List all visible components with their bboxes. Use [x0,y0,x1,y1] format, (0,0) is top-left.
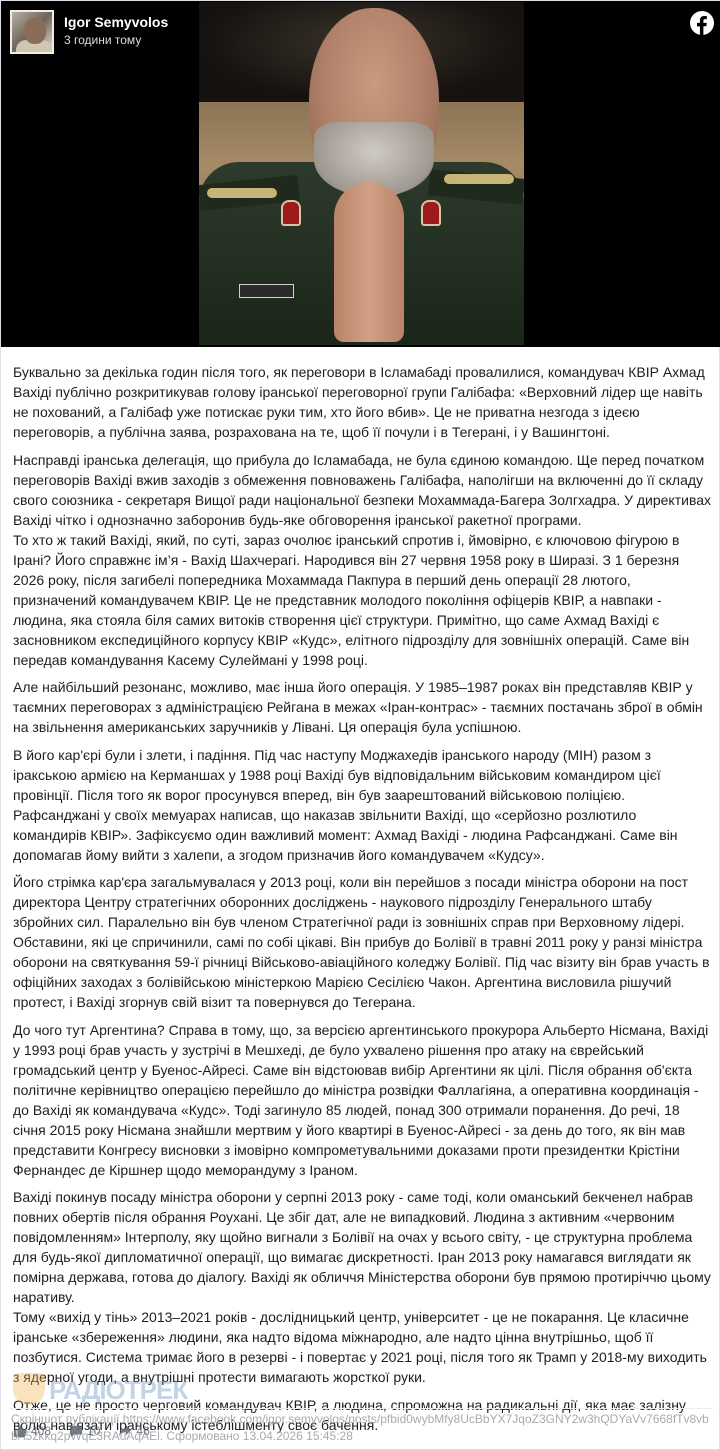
avatar-face [24,18,46,44]
comments-count: 10 [87,1424,100,1438]
like-icon [13,1424,27,1438]
author-name[interactable]: Igor Semyvolos [64,14,168,30]
footer-divider [9,1408,713,1409]
photo-nametag [239,284,294,298]
author-avatar[interactable] [10,10,54,54]
paragraph: Буквально за декілька годин після того, … [13,362,713,442]
paragraph: Тому «вихід у тінь» 2013–2021 років - до… [13,1307,713,1387]
post-text: Буквально за декілька годин після того, … [13,362,713,1442]
comments-stat[interactable]: 10 [69,1424,100,1438]
post-photo[interactable] [199,2,524,345]
likes-count: 408 [31,1424,51,1438]
share-icon [118,1424,132,1438]
insignia-right [444,174,514,184]
likes-stat[interactable]: 408 [13,1424,51,1438]
paragraph: Його стрімка кар'єра загальмувалася у 20… [13,872,713,1012]
shares-count: 46 [136,1424,149,1438]
insignia-left [207,188,277,198]
shares-stat[interactable]: 46 [118,1424,149,1438]
facebook-icon[interactable] [690,11,714,35]
paragraph: До чого тут Аргентина? Справа в тому, що… [13,1020,713,1180]
collar-patch-left [281,200,301,226]
post-card: Igor Semyvolos 3 години тому Буквально з… [0,0,720,1450]
paragraph: Але найбільший резонанс, можливо, має ін… [13,677,713,737]
paragraph: Насправді іранська делегація, що прибула… [13,450,713,530]
post-stats: 408 10 46 [13,1422,150,1440]
paragraph: То хто ж такий Вахіді, який, по суті, за… [13,530,713,670]
post-timestamp[interactable]: 3 години тому [64,33,141,47]
collar-patch-right [421,200,441,226]
post-media[interactable]: Igor Semyvolos 3 години тому [1,1,720,347]
paragraph: Вахіді покинув посаду міністра оборони у… [13,1187,713,1307]
photo-hands [334,182,404,342]
paragraph: В його кар'єрі були і злети, і падіння. … [13,745,713,865]
comment-icon [69,1424,83,1438]
